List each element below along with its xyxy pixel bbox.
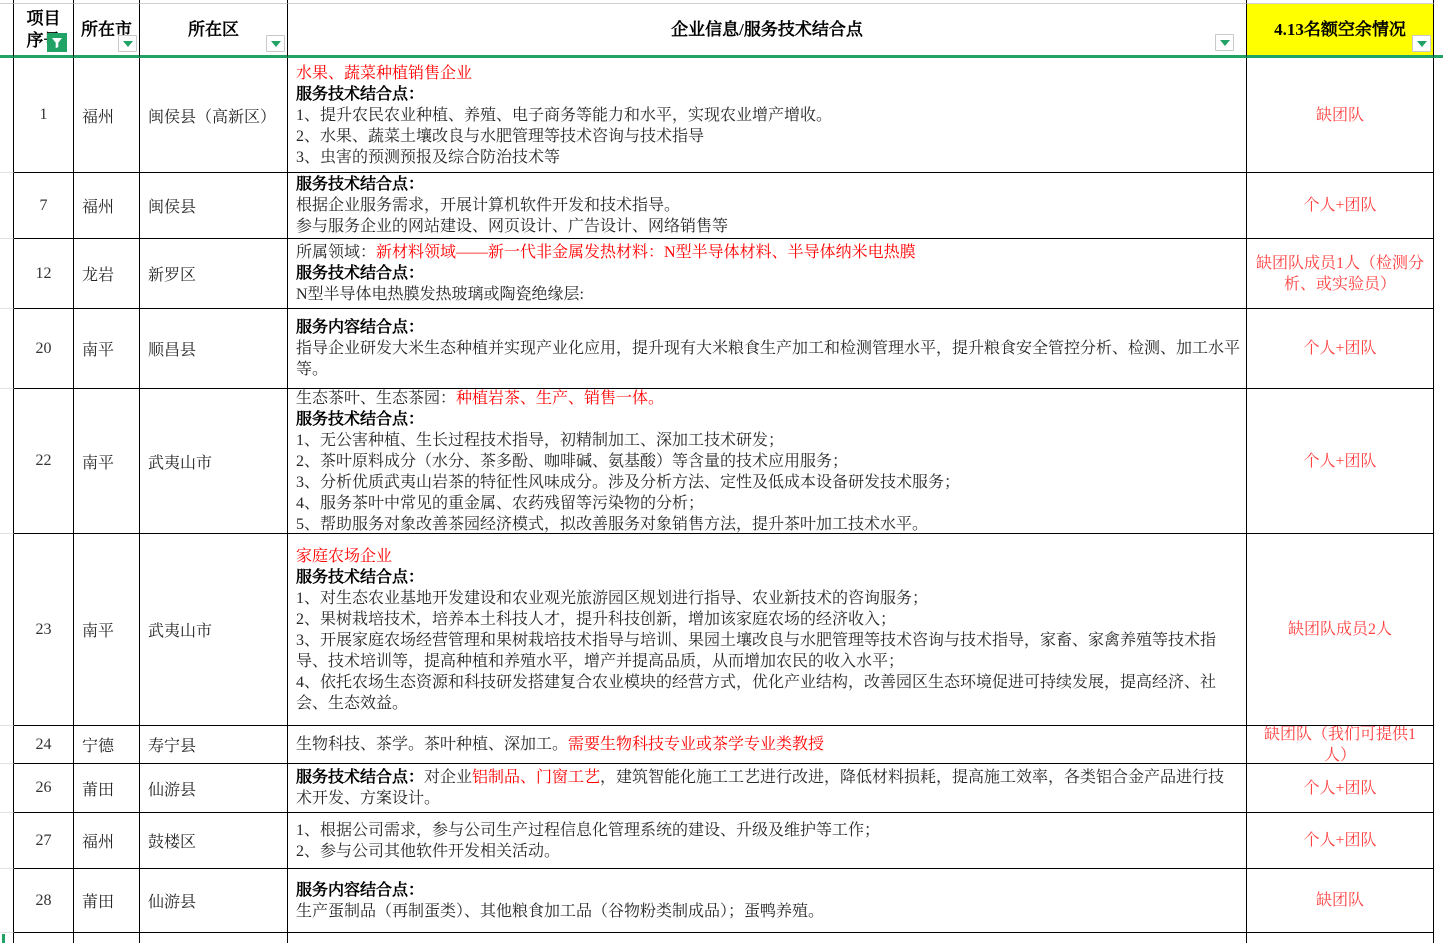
cell-info[interactable]: 服务技术结合点：对企业铝制品、门窗工艺，建筑智能化施工工艺进行改进，降低材料损耗… [288,764,1247,813]
cell-district[interactable]: 鼓楼区 [140,813,288,869]
info-text: 4、依托农场生态资源和科技研发搭建复合农业模块的经营方式，优化产业结构，改善园区… [296,674,1216,712]
cell-seq[interactable]: 1 [14,58,74,173]
tail-cell [1434,764,1443,813]
cell-city[interactable]: 南平 [74,534,140,726]
empty-cell[interactable] [140,933,288,943]
cell-quota[interactable]: 个人+团队 [1247,173,1434,239]
info-paragraph: 1、对生态农业基地开发建设和农业观光旅游园区规划进行指导、农业新技术的咨询服务； [296,588,1240,609]
cell-city[interactable]: 福州 [74,58,140,173]
cell-quota[interactable]: 缺团队 [1247,58,1434,173]
info-paragraph: 服务内容结合点： [296,317,1240,338]
cell-info[interactable]: 服务内容结合点：指导企业研发大米生态种植并实现产业化应用，提升现有大米粮食生产加… [288,309,1247,389]
cell-quota[interactable]: 缺团队（我们可提供1人） [1247,726,1434,764]
header-cell-district[interactable]: 所在区 [140,4,288,58]
row-gutter [0,239,14,309]
info-paragraph: 2、茶叶原料成分（水分、茶多酚、咖啡碱、氨基酸）等含量的技术应用服务； [296,451,1240,472]
cell-district[interactable]: 新罗区 [140,239,288,309]
info-paragraph: 1、提升农民农业种植、养殖、电子商务等能力和水平，实现农业增产增收。 [296,105,1240,126]
cell-seq[interactable]: 7 [14,173,74,239]
cell-city[interactable]: 龙岩 [74,239,140,309]
info-paragraph: 4、依托农场生态资源和科技研发搭建复合农业模块的经营方式，优化产业结构，改善园区… [296,672,1240,714]
info-text: 参与服务企业的网站建设、网页设计、广告设计、网络销售等 [296,218,728,235]
info-paragraph: 生产蛋制品（再制蛋类）、其他粮食加工品（谷物粉类制成品）；蛋鸭养殖。 [296,901,1240,922]
info-text: 根据企业服务需求，开展计算机软件开发和技术指导。 [296,197,680,214]
cell-district[interactable]: 顺昌县 [140,309,288,389]
info-text: 1、对生态农业基地开发建设和农业观光旅游园区规划进行指导、农业新技术的咨询服务； [296,590,928,607]
header-cell-quota[interactable]: 4.13名额空余情况 [1247,4,1434,58]
tail-cell [1434,534,1443,726]
partial-row [0,933,1443,943]
chevron-down-icon [271,41,281,47]
info-emphasis-text: 新材料领域——新一代非金属发热材料：N型半导体材料、半导体纳米电热膜 [376,244,916,261]
table-row: 7福州闽侯县服务技术结合点：根据企业服务需求，开展计算机软件开发和技术指导。参与… [0,173,1443,239]
empty-cell [1434,933,1443,943]
cell-city[interactable]: 南平 [74,309,140,389]
cell-seq[interactable]: 26 [14,764,74,813]
cell-district[interactable]: 武夷山市 [140,534,288,726]
info-text: N型半导体电热膜发热玻璃或陶瓷绝缘层: [296,286,584,303]
selection-indicator [2,934,5,943]
info-emphasis-text: 水果、蔬菜种植销售企业 [296,65,472,82]
info-text: 指导企业研发大米生态种植并实现产业化应用，提升现有大米粮食生产加工和检测管理水平… [296,340,1240,378]
info-section-label: 服务内容结合点： [296,882,424,899]
row-gutter [0,534,14,726]
table-row: 20南平顺昌县服务内容结合点：指导企业研发大米生态种植并实现产业化应用，提升现有… [0,309,1443,389]
info-paragraph: 服务技术结合点： [296,84,1240,105]
info-paragraph: 服务技术结合点：对企业铝制品、门窗工艺，建筑智能化施工工艺进行改进，降低材料损耗… [296,767,1240,809]
table-row: 24宁德寿宁县生物科技、茶学。茶叶种植、深加工。需要生物科技专业或茶学专业类教授… [0,726,1443,764]
info-paragraph: 服务技术结合点： [296,263,1240,284]
cell-info[interactable]: 生态茶叶、生态茶园：种植岩茶、生产、销售一体。服务技术结合点：1、无公害种植、生… [288,389,1247,534]
header-tail [1434,4,1443,58]
info-paragraph: 2、水果、蔬菜土壤改良与水肥管理等技术咨询与技术指导 [296,126,1240,147]
info-paragraph: 家庭农场企业 [296,546,1240,567]
info-emphasis-text: 种植岩茶、生产、销售一体。 [456,390,664,407]
cell-info[interactable]: 所属领域：新材料领域——新一代非金属发热材料：N型半导体材料、半导体纳米电热膜服… [288,239,1247,309]
info-paragraph: N型半导体电热膜发热玻璃或陶瓷绝缘层: [296,284,1240,305]
table-row: 1福州闽侯县（高新区）水果、蔬菜种植销售企业服务技术结合点：1、提升农民农业种植… [0,58,1443,173]
row-gutter [0,389,14,534]
sheet-body: 1福州闽侯县（高新区）水果、蔬菜种植销售企业服务技术结合点：1、提升农民农业种植… [0,58,1443,933]
cell-city[interactable]: 南平 [74,389,140,534]
info-paragraph: 水果、蔬菜种植销售企业 [296,63,1240,84]
info-section-label: 服务技术结合点： [296,86,424,103]
info-paragraph: 3、分析优质武夷山岩茶的特征性风味成分。涉及分析方法、定性及低成本设备研发技术服… [296,472,1240,493]
info-paragraph: 服务技术结合点： [296,174,1240,195]
info-paragraph: 1、无公害种植、生长过程技术指导，初精制加工、深加工技术研发； [296,430,1240,451]
cell-info[interactable]: 生物科技、茶学。茶叶种植、深加工。需要生物科技专业或茶学专业类教授 [288,726,1247,764]
row-gutter [0,813,14,869]
cell-district[interactable]: 仙游县 [140,764,288,813]
header-row: 项目序号 所在市 所在区 企业信息/服务技术结合点 [0,4,1443,58]
cell-city[interactable]: 福州 [74,173,140,239]
tail-cell [1434,389,1443,534]
info-paragraph: 服务技术结合点： [296,567,1240,588]
row-gutter [0,173,14,239]
cell-district[interactable]: 闽侯县（高新区） [140,58,288,173]
info-text: 生物科技、茶学。茶叶种植、深加工。 [296,736,568,753]
tail-cell [1434,309,1443,389]
info-text: 2、茶叶原料成分（水分、茶多酚、咖啡碱、氨基酸）等含量的技术应用服务； [296,453,848,470]
row-gutter [0,309,14,389]
cell-info[interactable]: 家庭农场企业服务技术结合点：1、对生态农业基地开发建设和农业观光旅游园区规划进行… [288,534,1247,726]
cell-city[interactable]: 莆田 [74,869,140,933]
district-filter-dropdown-button[interactable] [266,35,285,52]
cell-district[interactable]: 寿宁县 [140,726,288,764]
tail-cell [1434,239,1443,309]
info-paragraph: 3、开展家庭农场经营管理和果树栽培技术指导与培训、果园土壤改良与水肥管理等技术咨… [296,630,1240,672]
cell-info[interactable]: 水果、蔬菜种植销售企业服务技术结合点：1、提升农民农业种植、养殖、电子商务等能力… [288,58,1247,173]
table-row: 22南平武夷山市生态茶叶、生态茶园：种植岩茶、生产、销售一体。服务技术结合点：1… [0,389,1443,534]
cell-quota[interactable]: 缺团队成员1人（检测分析、或实验员） [1247,239,1434,309]
cell-seq[interactable]: 27 [14,813,74,869]
info-section-label: 服务内容结合点： [296,319,424,336]
cell-district[interactable]: 闽侯县 [140,173,288,239]
info-paragraph: 2、果树栽培技术，培养本土科技人才，提升科技创新，增加该家庭农场的经济收入； [296,609,1240,630]
table-row: 23南平武夷山市家庭农场企业服务技术结合点：1、对生态农业基地开发建设和农业观光… [0,534,1443,726]
cell-city[interactable]: 宁德 [74,726,140,764]
cell-district[interactable]: 仙游县 [140,869,288,933]
header-cell-info[interactable]: 企业信息/服务技术结合点 [288,4,1247,58]
cell-quota[interactable]: 个人+团队 [1247,813,1434,869]
info-paragraph: 3、虫害的预测预报及综合防治技术等 [296,147,1240,168]
info-emphasis-text: 铝制品、门窗工艺 [472,769,600,786]
chevron-down-icon [123,41,133,47]
quota-filter-dropdown-button[interactable] [1412,35,1431,52]
cell-info[interactable]: 服务内容结合点：生产蛋制品（再制蛋类）、其他粮食加工品（谷物粉类制成品）；蛋鸭养… [288,869,1247,933]
info-section-label: 服务技术结合点： [296,569,424,586]
info-section-label: 服务技术结合点： [296,265,424,282]
row-gutter [0,869,14,933]
cell-info[interactable]: 1、根据公司需求，参与公司生产过程信息化管理系统的建设、升级及维护等工作；2、参… [288,813,1247,869]
header-district-label: 所在区 [188,19,239,40]
info-text: 生态茶叶、生态茶园： [296,390,456,407]
empty-cell[interactable] [14,933,74,943]
info-text: 3、分析优质武夷山岩茶的特征性风味成分。涉及分析方法、定性及低成本设备研发技术服… [296,474,960,491]
chevron-down-icon [1417,41,1427,47]
info-section-label: 服务技术结合点： [296,176,424,193]
cell-seq[interactable]: 22 [14,389,74,534]
info-text: 1、根据公司需求，参与公司生产过程信息化管理系统的建设、升级及维护等工作； [296,822,880,839]
info-text: 3、虫害的预测预报及综合防治技术等 [296,149,560,166]
empty-cell[interactable] [74,933,140,943]
cell-quota[interactable]: 缺团队成员2人 [1247,534,1434,726]
info-paragraph: 根据企业服务需求，开展计算机软件开发和技术指导。 [296,195,1240,216]
info-emphasis-text: 需要生物科技专业或茶学专业类教授 [568,736,824,753]
row-gutter [0,58,14,173]
header-info-label: 企业信息/服务技术结合点 [671,19,863,40]
info-text: 3、开展家庭农场经营管理和果树栽培技术指导与培训、果园土壤改良与水肥管理等技术咨… [296,632,1216,670]
row-gutter [0,764,14,813]
tail-cell [1434,58,1443,173]
cell-district[interactable]: 武夷山市 [140,389,288,534]
spreadsheet: 项目序号 所在市 所在区 企业信息/服务技术结合点 [0,0,1443,943]
info-paragraph: 4、服务茶叶中常见的重金属、农药残留等污染物的分析； [296,493,1240,514]
table-row: 26莆田仙游县服务技术结合点：对企业铝制品、门窗工艺，建筑智能化施工工艺进行改进… [0,764,1443,813]
chevron-down-icon [1220,40,1230,46]
info-paragraph: 5、帮助服务对象改善茶园经济模式，拟改善服务对象销售方法，提升茶叶加工技术水平。 [296,514,1240,535]
cell-quota[interactable]: 个人+团队 [1247,389,1434,534]
cell-quota[interactable]: 个人+团队 [1247,764,1434,813]
cell-seq[interactable]: 28 [14,869,74,933]
info-text: 2、果树栽培技术，培养本土科技人才，提升科技创新，增加该家庭农场的经济收入； [296,611,896,628]
info-text: 对企业 [424,769,472,786]
cell-seq[interactable]: 20 [14,309,74,389]
info-section-label: 服务技术结合点： [296,769,424,786]
tail-cell [1434,869,1443,933]
tail-cell [1434,813,1443,869]
info-paragraph: 2、参与公司其他软件开发相关活动。 [296,841,1240,862]
cell-seq[interactable]: 23 [14,534,74,726]
city-filter-dropdown-button[interactable] [118,35,137,52]
row-gutter [0,4,14,58]
cell-info[interactable]: 服务技术结合点：根据企业服务需求，开展计算机软件开发和技术指导。参与服务企业的网… [288,173,1247,239]
row-gutter [0,726,14,764]
info-emphasis-text: 家庭农场企业 [296,548,392,565]
header-cell-seq[interactable]: 项目序号 [14,4,74,58]
info-section-label: 服务技术结合点： [296,411,424,428]
header-quota-label: 4.13名额空余情况 [1274,19,1406,40]
seq-filter-button[interactable] [47,33,67,52]
cell-quota[interactable]: 缺团队 [1247,869,1434,933]
info-text: 2、参与公司其他软件开发相关活动。 [296,843,560,860]
cell-seq[interactable]: 12 [14,239,74,309]
info-text: 1、提升农民农业种植、养殖、电子商务等能力和水平，实现农业增产增收。 [296,107,832,124]
info-paragraph: 1、根据公司需求，参与公司生产过程信息化管理系统的建设、升级及维护等工作； [296,820,1240,841]
cell-quota[interactable]: 个人+团队 [1247,309,1434,389]
info-filter-dropdown-button[interactable] [1215,34,1234,51]
tail-cell [1434,173,1443,239]
cell-seq[interactable]: 24 [14,726,74,764]
info-paragraph: 参与服务企业的网站建设、网页设计、广告设计、网络销售等 [296,216,1240,237]
info-paragraph: 服务内容结合点： [296,880,1240,901]
info-paragraph: 指导企业研发大米生态种植并实现产业化应用，提升现有大米粮食生产加工和检测管理水平… [296,338,1240,380]
funnel-icon [51,37,63,49]
empty-cell[interactable] [1247,933,1434,943]
table-row: 12龙岩新罗区所属领域：新材料领域——新一代非金属发热材料：N型半导体材料、半导… [0,239,1443,309]
cell-city[interactable]: 福州 [74,813,140,869]
table-row: 28莆田仙游县服务内容结合点：生产蛋制品（再制蛋类）、其他粮食加工品（谷物粉类制… [0,869,1443,933]
header-cell-city[interactable]: 所在市 [74,4,140,58]
info-text: 1、无公害种植、生长过程技术指导，初精制加工、深加工技术研发； [296,432,784,449]
info-paragraph: 所属领域：新材料领域——新一代非金属发热材料：N型半导体材料、半导体纳米电热膜 [296,242,1240,263]
info-paragraph: 生态茶叶、生态茶园：种植岩茶、生产、销售一体。 [296,389,1240,409]
table-row: 27福州鼓楼区1、根据公司需求，参与公司生产过程信息化管理系统的建设、升级及维护… [0,813,1443,869]
info-text: 5、帮助服务对象改善茶园经济模式，拟改善服务对象销售方法，提升茶叶加工技术水平。 [296,516,928,533]
info-text: 生产蛋制品（再制蛋类）、其他粮食加工品（谷物粉类制成品）；蛋鸭养殖。 [296,903,824,920]
info-text: 所属领域： [296,244,376,261]
empty-cell[interactable] [288,933,1247,943]
cell-city[interactable]: 莆田 [74,764,140,813]
info-text: 2、水果、蔬菜土壤改良与水肥管理等技术咨询与技术指导 [296,128,704,145]
tail-cell [1434,726,1443,764]
info-paragraph: 生物科技、茶学。茶叶种植、深加工。需要生物科技专业或茶学专业类教授 [296,734,1240,755]
info-paragraph: 服务技术结合点： [296,409,1240,430]
info-text: 4、服务茶叶中常见的重金属、农药残留等污染物的分析； [296,495,704,512]
